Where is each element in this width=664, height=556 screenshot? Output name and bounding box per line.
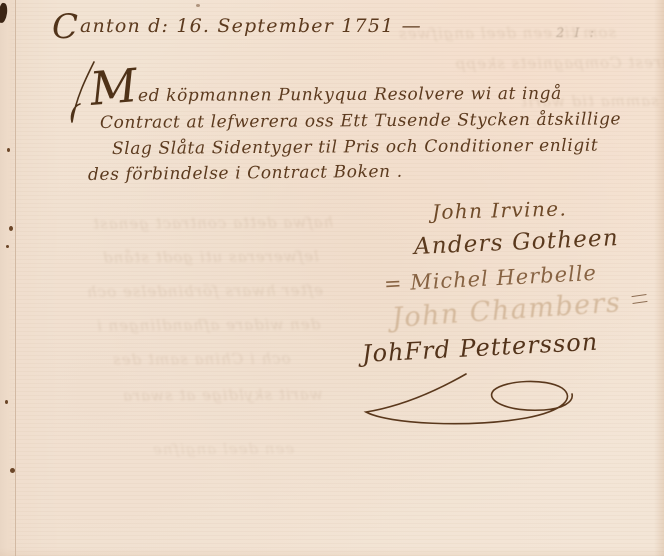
bleedthrough-ghost-line: den widare afhandlingen i (96, 315, 320, 335)
signature-john-chambers: John Chambers (391, 287, 622, 334)
body-line-3: Slag Slåta Sidentyger til Pris och Condi… (112, 136, 598, 159)
bleedthrough-ghost-line: hwarest Compagniets skepp (455, 53, 664, 73)
bleedthrough-ghost-line: och i China samt des (112, 349, 291, 368)
ink-speck (6, 245, 9, 248)
ink-speck (9, 226, 13, 231)
signature-flourish (348, 372, 583, 434)
ink-speck (7, 148, 10, 152)
body-line-1: ed köpmannen Punkyqua Resolvere wi at in… (138, 84, 562, 106)
signature-john-irvine: John Irvine. (432, 196, 568, 224)
bleedthrough-ghost-line: som til een deel angifwes (398, 23, 616, 43)
bleedthrough-ghost-line: efter hwars förbindelse och (86, 281, 323, 301)
bleedthrough-ghost-line: een deel angifne (152, 440, 294, 459)
ink-speck (196, 4, 200, 7)
ink-speck (5, 400, 8, 404)
bleedthrough-ghost-line: hafwa detta contract genast (92, 213, 333, 233)
body-line-4: des förbindelse i Contract Boken . (88, 162, 403, 185)
header-initial-letter: C (52, 7, 80, 47)
bleedthrough-ghost-line: lefwereras uti godt stånd (102, 247, 319, 267)
header-text: anton d: 16. September 1751 — (80, 15, 422, 37)
ink-speck (10, 468, 15, 473)
header-place-date: Canton d: 16. September 1751 — (52, 10, 422, 44)
body-line-2: Contract at lefwerera oss Ett Tusende St… (100, 109, 621, 133)
signature-anders-gotheen: Anders Gotheen (413, 225, 619, 260)
bleedthrough-ghost-line: warit skyldige at swara (122, 385, 323, 404)
manuscript-page: 2 I : som til een deel angifwes hwarest … (0, 0, 664, 556)
paragraph-initial-letter: M (88, 58, 140, 116)
stray-pen-marks (632, 294, 648, 304)
